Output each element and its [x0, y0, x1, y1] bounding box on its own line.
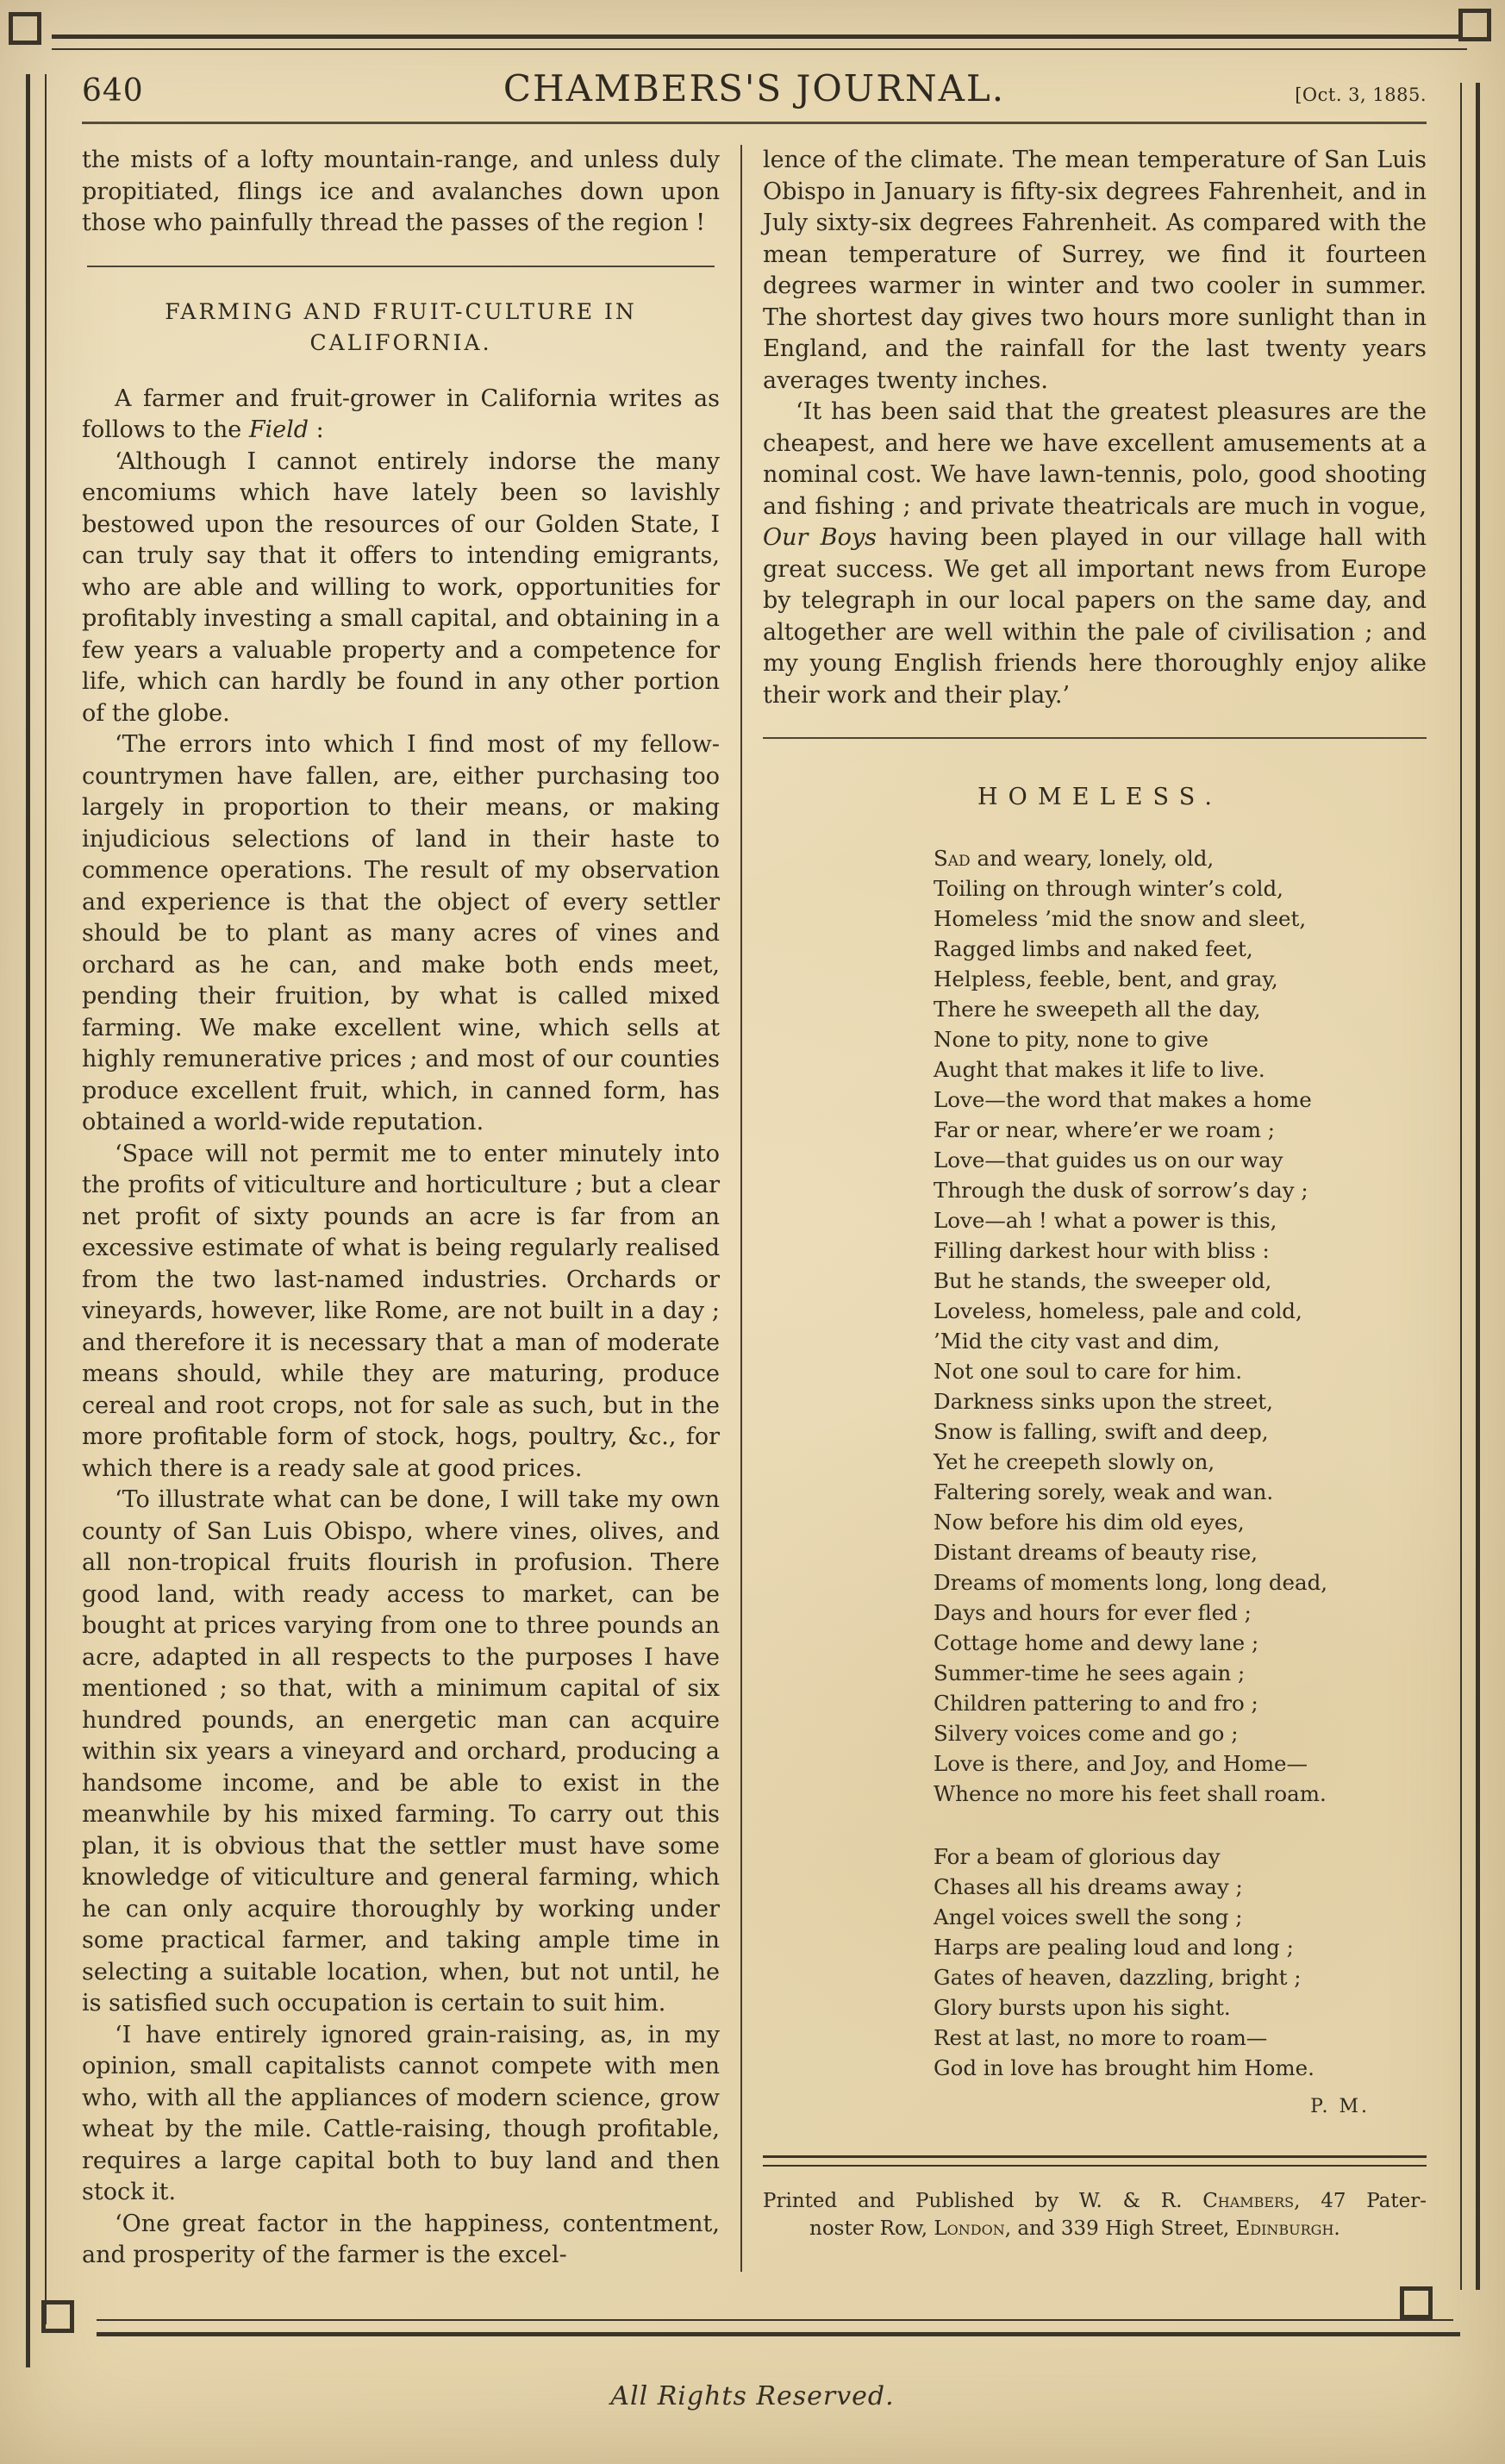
poem-line: Far or near, where’er we roam ;: [934, 1115, 1427, 1145]
text-columns: the mists of a lofty mountain-range, and…: [82, 145, 1427, 2272]
poem-line: Homeless ’mid the snow and sleet,: [934, 904, 1427, 934]
poem-line: Now before his dim old eyes,: [934, 1507, 1427, 1537]
poem-first-line: Sad and weary, lonely, old,: [934, 843, 1427, 873]
frame-top-inner-rule: [52, 48, 1467, 50]
poem-homeless: Sad and weary, lonely, old, Toiling on t…: [763, 843, 1427, 2083]
article-paragraph: ‘Although I cannot entirely indorse the …: [82, 447, 720, 730]
imprint-text: .: [1333, 2217, 1340, 2240]
article-heading: FARMING AND FRUIT-CULTURE IN CALIFORNIA.: [82, 297, 720, 360]
article-intro-colon: :: [309, 416, 324, 443]
page-number: 640: [82, 73, 503, 109]
journal-title: CHAMBERS'S JOURNAL.: [503, 67, 1005, 109]
poem-line: Dreams of moments long, long dead,: [934, 1567, 1427, 1598]
poem-title: HOMELESS.: [763, 782, 1427, 814]
poem-line: Love is there, and Joy, and Home—: [934, 1748, 1427, 1779]
article-intro: A farmer and fruit-grower in California …: [82, 384, 720, 447]
poem-line: Helpless, feeble, bent, and gray,: [934, 964, 1427, 994]
poem-line: Love—the word that makes a home: [934, 1085, 1427, 1115]
corner-ornament-bottom-right: [1400, 2286, 1433, 2319]
article-paragraph: ‘The errors into which I find most of my…: [82, 729, 720, 1139]
imprint-line-2: noster Row, London, and 339 High Street,…: [763, 2215, 1427, 2242]
field-journal-ref: Field: [249, 416, 309, 443]
poem-line: Yet he creepeth slowly on,: [934, 1447, 1427, 1477]
poem-line: Chases all his dreams away ;: [934, 1872, 1427, 1902]
amusements-text-after: having been played in our village hall w…: [763, 524, 1427, 709]
column-divider-rule: [740, 145, 742, 2272]
frame-bottom-outer-rule: [97, 2332, 1460, 2336]
corner-ornament-top-left: [9, 12, 41, 45]
article-paragraph: ‘I have entirely ignored grain-raising, …: [82, 2020, 720, 2209]
frame-right-inner-rule: [1460, 83, 1462, 2290]
left-column: the mists of a lofty mountain-range, and…: [82, 145, 720, 2272]
poem-line: Ragged limbs and naked feet,: [934, 934, 1427, 964]
page-content: 640 CHAMBERS'S JOURNAL. [Oct. 3, 1885. t…: [82, 67, 1427, 2272]
corner-ornament-top-right: [1458, 9, 1491, 41]
imprint-text: Printed and Published by W. & R.: [763, 2190, 1202, 2212]
poem-line: Days and hours for ever fled ;: [934, 1598, 1427, 1628]
previous-article-end: the mists of a lofty mountain-range, and…: [82, 145, 720, 240]
our-boys-play-ref: Our Boys: [763, 524, 877, 551]
imprint-city-london: London: [934, 2217, 1004, 2240]
poem-line: Toiling on through winter’s cold,: [934, 873, 1427, 904]
poem-line: Love—ah ! what a power is this,: [934, 1205, 1427, 1235]
poem-line: Children pattering to and fro ;: [934, 1688, 1427, 1718]
poem-line: Through the dusk of sorrow’s day ;: [934, 1175, 1427, 1205]
poem-line: Glory bursts upon his sight.: [934, 1992, 1427, 2023]
poem-line: Harps are pealing loud and long ;: [934, 1932, 1427, 1962]
poem-line: Filling darkest hour with bliss :: [934, 1235, 1427, 1266]
stanza-gap: [934, 1809, 1427, 1842]
article-paragraph: ‘To illustrate what can be done, I will …: [82, 1485, 720, 2020]
poem-first-word-smallcaps: Sad: [934, 846, 971, 871]
frame-top-outer-rule: [52, 34, 1460, 39]
frame-left-outer-rule: [26, 74, 30, 2367]
article-intro-text: A farmer and fruit-grower in California …: [82, 385, 720, 444]
frame-bottom-inner-rule: [97, 2319, 1453, 2321]
poem-stanza-2: For a beam of glorious dayChases all his…: [934, 1842, 1427, 2083]
journal-page: 640 CHAMBERS'S JOURNAL. [Oct. 3, 1885. t…: [0, 0, 1505, 2464]
corner-ornament-bottom-left: [41, 2300, 74, 2333]
poem-line: ’Mid the city vast and dim,: [934, 1326, 1427, 1356]
poem-line: Faltering sorely, weak and wan.: [934, 1477, 1427, 1507]
poem-line: For a beam of glorious day: [934, 1842, 1427, 1872]
poem-line: Angel voices swell the song ;: [934, 1902, 1427, 1932]
imprint-line-1: Printed and Published by W. & R. Chamber…: [763, 2187, 1427, 2215]
imprint-text: , and 339 High Street,: [1005, 2217, 1236, 2240]
poem-line: There he sweepeth all the day,: [934, 994, 1427, 1024]
imprint-text: , 47 Pater-: [1294, 2190, 1427, 2212]
article-paragraphs: ‘Although I cannot entirely indorse the …: [82, 447, 720, 2272]
poem-line: Aught that makes it life to live.: [934, 1054, 1427, 1085]
article-paragraph: ‘Space will not permit me to enter minut…: [82, 1139, 720, 1485]
right-column: lence of the climate. The mean temperatu…: [763, 145, 1427, 2272]
poem-first-line-rest: and weary, lonely, old,: [971, 846, 1215, 871]
page-header: 640 CHAMBERS'S JOURNAL. [Oct. 3, 1885.: [82, 67, 1427, 109]
poem-line: Silvery voices come and go ;: [934, 1718, 1427, 1748]
poem-line: Snow is falling, swift and deep,: [934, 1416, 1427, 1447]
poem-line: Darkness sinks upon the street,: [934, 1386, 1427, 1416]
poem-line: Love—that guides us on our way: [934, 1145, 1427, 1175]
all-rights-reserved-note: All Rights Reserved.: [0, 2381, 1505, 2411]
imprint-city-edinburgh: Edinburgh: [1235, 2217, 1333, 2240]
frame-left-inner-rule: [45, 74, 47, 2324]
poem-line: Cottage home and dewy lane ;: [934, 1628, 1427, 1658]
poem-line: Whence no more his feet shall roam.: [934, 1779, 1427, 1809]
imprint-publisher-name: Chambers: [1202, 2190, 1294, 2212]
poem-line: Not one soul to care for him.: [934, 1356, 1427, 1386]
poem-line: But he stands, the sweeper old,: [934, 1266, 1427, 1296]
imprint: Printed and Published by W. & R. Chamber…: [763, 2187, 1427, 2242]
section-divider-rule: [87, 266, 715, 267]
amusements-text-before: ‘It has been said that the greatest plea…: [763, 398, 1427, 520]
poem-line: Distant dreams of beauty rise,: [934, 1537, 1427, 1567]
poem-section-rule: [763, 737, 1427, 739]
article-paragraph-amusements: ‘It has been said that the greatest plea…: [763, 397, 1427, 711]
poem-stanza-1: Toiling on through winter’s cold,Homeles…: [934, 873, 1427, 1809]
poem-signature: P. M.: [763, 2092, 1427, 2123]
poem-line: Gates of heaven, dazzling, bright ;: [934, 1962, 1427, 1992]
poem-line: Summer-time he sees again ;: [934, 1658, 1427, 1688]
frame-right-outer-rule: [1476, 83, 1480, 2290]
poem-line: Rest at last, no more to roam—: [934, 2023, 1427, 2053]
article-paragraph: ‘One great factor in the happiness, cont…: [82, 2209, 720, 2272]
article-continuation: lence of the climate. The mean temperatu…: [763, 145, 1427, 397]
poem-line: Loveless, homeless, pale and cold,: [934, 1296, 1427, 1326]
imprint-text: noster Row,: [809, 2217, 934, 2240]
poem-line: None to pity, none to give: [934, 1024, 1427, 1054]
issue-date: [Oct. 3, 1885.: [1005, 84, 1427, 105]
poem-line: God in love has brought him Home.: [934, 2053, 1427, 2083]
header-rule: [82, 122, 1427, 124]
imprint-divider-rule: [763, 2155, 1427, 2167]
